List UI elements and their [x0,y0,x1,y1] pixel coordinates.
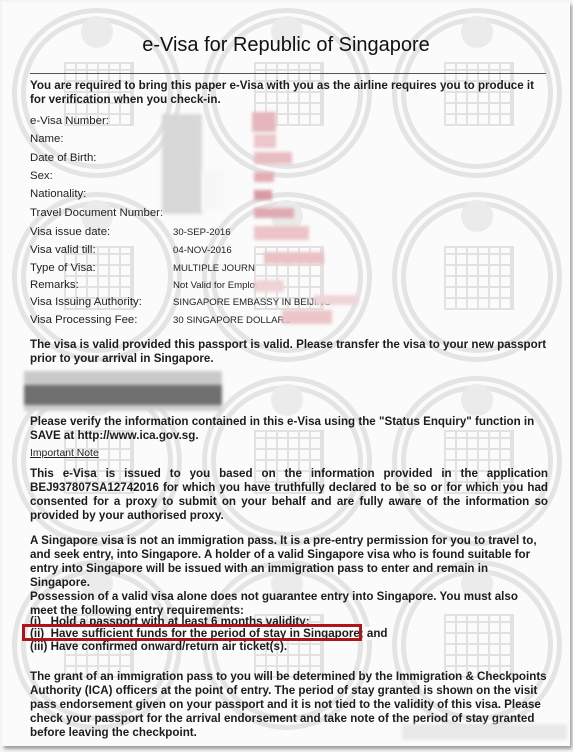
redaction-block [254,152,292,164]
field-label-sex: Sex: [30,170,53,182]
redaction-block [314,295,358,305]
important-paragraph-2: A Singapore visa is not an immigration p… [30,534,548,590]
field-label-visa-type: Type of Visa: [30,262,96,274]
field-value-issue-date: 30-SEP-2016 [173,227,231,238]
redaction-block [254,280,284,292]
field-label-nationality: Nationality: [30,188,86,200]
redaction-block [252,112,276,132]
field-label-valid-till: Visa valid till: [30,244,96,256]
redaction-block [202,170,224,210]
redaction-block [24,371,222,411]
redaction-block [254,226,309,240]
redaction-block [264,252,324,264]
field-label-remarks: Remarks: [30,279,79,291]
important-note-heading: Important Note [30,448,99,459]
field-value-fee: 30 SINGAPORE DOLLARS [173,315,291,326]
field-label-dob: Date of Birth: [30,152,96,164]
verify-note: Please verify the information contained … [30,415,548,443]
field-label-authority: Visa Issuing Authority: [30,296,142,308]
field-label-fee: Visa Processing Fee: [30,314,137,326]
redaction-block [402,724,567,740]
field-value-visa-type: MULTIPLE JOURN [173,263,255,274]
important-paragraph-1: This e-Visa is issued to you based on th… [30,467,548,523]
intro-text: You are required to bring this paper e-V… [30,79,548,107]
validity-note: The visa is valid provided this passport… [30,338,548,366]
redaction-block [254,208,294,218]
field-label-issue-date: Visa issue date: [30,226,110,238]
redaction-block [254,190,272,200]
page-title: e-Visa for Republic of Singapore [2,34,570,57]
redaction-block [162,114,202,214]
redaction-block [282,310,332,324]
requirements-intro: Possession of a valid visa alone does no… [30,590,548,618]
requirement-item-3: (iii) Have confirmed onward/return air t… [30,640,287,653]
field-label-travel-doc: Travel Document Number: [30,207,163,219]
highlight-box [22,624,362,641]
redaction-block [254,134,276,148]
field-label-evisa-number: e-Visa Number: [30,115,109,127]
evisa-page: e-Visa for Republic of Singapore You are… [2,2,570,746]
field-value-authority: SINGAPORE EMBASSY IN BEIJING [173,297,331,308]
field-value-valid-till: 04-NOV-2016 [173,245,232,256]
field-label-name: Name: [30,133,64,145]
title-divider [30,73,546,74]
redaction-block [254,172,274,182]
